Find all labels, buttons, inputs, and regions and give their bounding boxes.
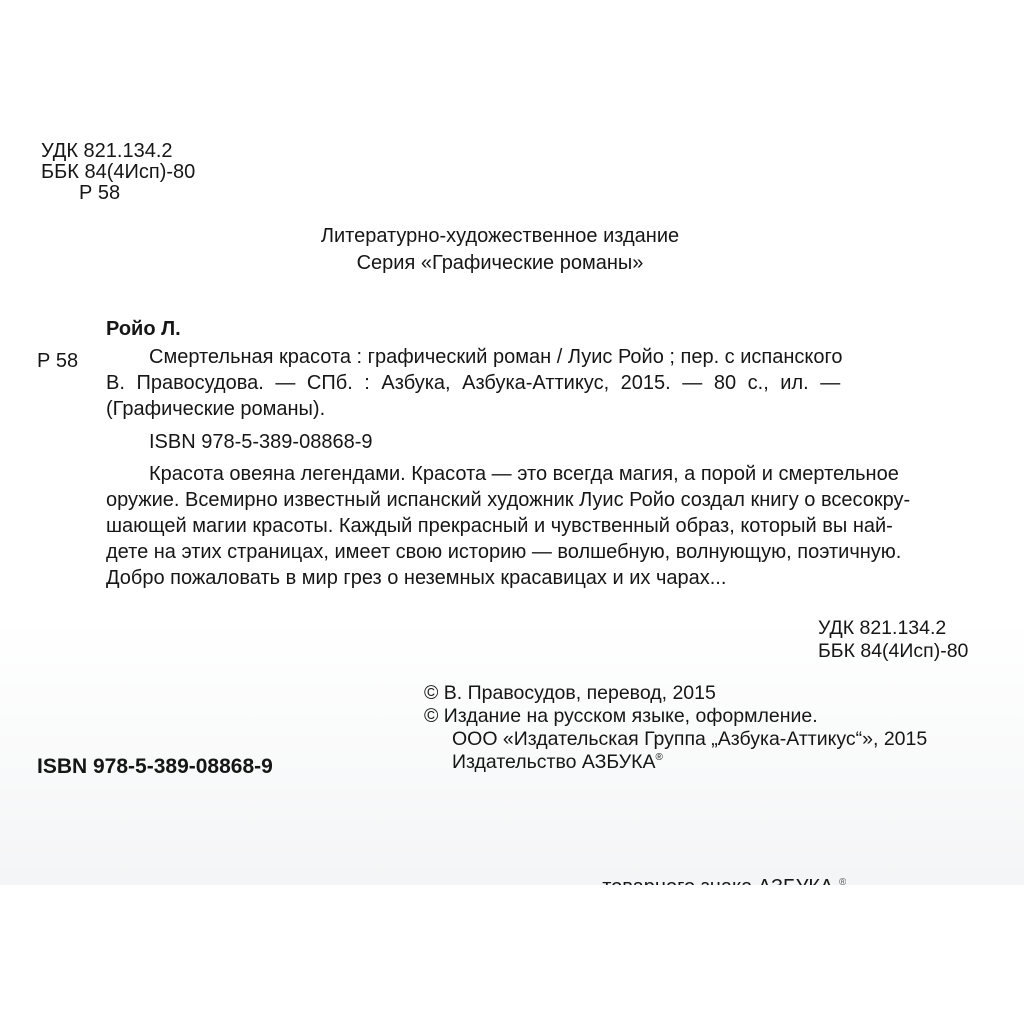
- series-title: Серия «Графические романы»: [0, 251, 1000, 278]
- blank-area: [0, 885, 1024, 1024]
- biblio-line: В. Правосудова. — СПб. : Азбука, Азбука-…: [106, 372, 964, 398]
- udk-code: УДК 821.134.2: [818, 617, 968, 640]
- copyright-publisher-group: ООО «Издательская Группа „Азбука-Аттикус…: [424, 728, 927, 751]
- bibliographic-description: Смертельная красота : графический роман …: [106, 346, 964, 424]
- annotation-line: оружие. Всемирно известный испанский худ…: [106, 489, 964, 515]
- annotation: Красота овеяна легендами. Красота — это …: [106, 463, 964, 593]
- cutoff-text: ... товарного знака АЗБУКА: [580, 876, 833, 885]
- biblio-line: Смертельная красота : графический роман …: [106, 346, 964, 372]
- bbk-code: ББК 84(4Исп)-80: [818, 640, 968, 663]
- classification-codes-top: УДК 821.134.2 ББК 84(4Исп)-80 Р 58: [41, 140, 195, 203]
- annotation-line: дете на этих страницах, имеет свою истор…: [106, 541, 964, 567]
- publisher-name: Издательство АЗБУКА: [452, 751, 656, 773]
- registered-mark-icon: ®: [839, 877, 846, 885]
- isbn-inline: ISBN 978-5-389-08868-9: [149, 431, 372, 454]
- edition-type: Литературно-художественное издание: [0, 224, 1000, 251]
- edition-info: Литературно-художественное издание Серия…: [0, 224, 1000, 278]
- author-heading: Ройо Л.: [106, 318, 181, 341]
- copyright-block: © В. Правосудов, перевод, 2015 © Издание…: [424, 682, 927, 774]
- annotation-line: шающей магии красоты. Каждый прекрасный …: [106, 515, 964, 541]
- annotation-line: Красота овеяна легендами. Красота — это …: [106, 463, 964, 489]
- udk-code: УДК 821.134.2: [41, 140, 195, 161]
- annotation-line: Добро пожаловать в мир грез о неземных к…: [106, 567, 964, 593]
- biblio-line: (Графические романы).: [106, 398, 964, 424]
- registered-mark-icon: ®: [656, 752, 663, 763]
- copyright-edition: © Издание на русском языке, оформление.: [424, 705, 927, 728]
- isbn-bold: ISBN 978-5-389-08868-9: [37, 755, 273, 779]
- bbk-code: ББК 84(4Исп)-80: [41, 161, 195, 182]
- cutoff-trademark-line: ... товарного знака АЗБУКА ®: [580, 870, 846, 885]
- imprint-page: УДК 821.134.2 ББК 84(4Исп)-80 Р 58 Литер…: [0, 0, 1024, 885]
- author-mark: Р 58: [41, 182, 195, 203]
- classification-codes-bottom: УДК 821.134.2 ББК 84(4Исп)-80: [818, 617, 968, 663]
- copyright-publisher: Издательство АЗБУКА®: [424, 751, 927, 774]
- index-mark: Р 58: [37, 350, 78, 373]
- copyright-translation: © В. Правосудов, перевод, 2015: [424, 682, 927, 705]
